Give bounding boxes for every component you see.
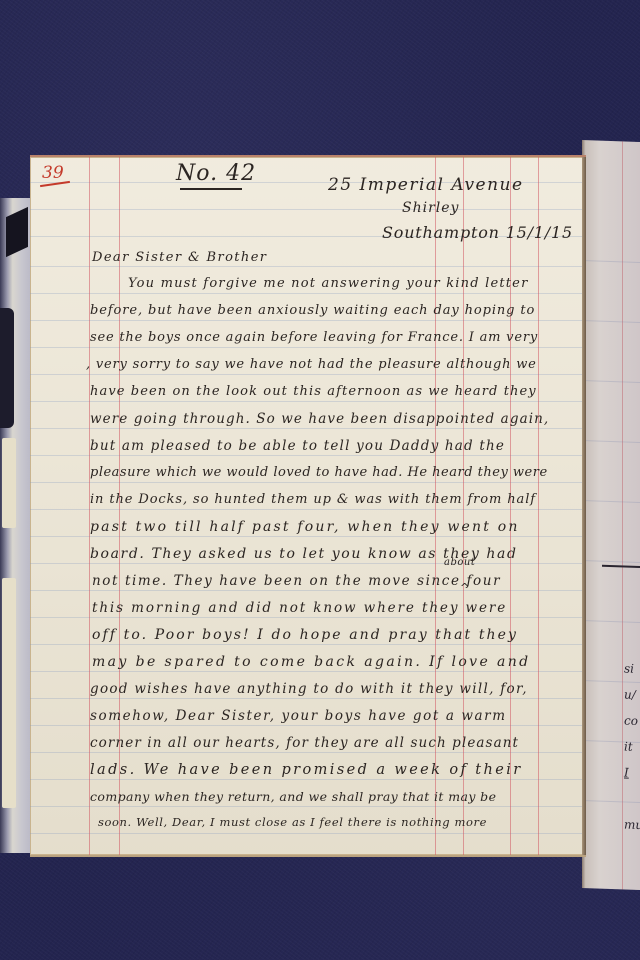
body-line: in the Docks, so hunted them up & was wi… [90,492,536,507]
ruled-line [30,698,586,699]
facing-page-rule-mark [602,565,640,568]
dark-tab [0,308,14,428]
body-line: lads. We have been promised a week of th… [90,762,523,778]
body-line: pleasure which we would loved to have ha… [90,465,548,480]
ruled-line [30,806,586,807]
facing-page-text: co [624,713,638,727]
ruled-line [30,347,586,348]
address-line-1: 25 Imperial Avenue [328,175,524,195]
body-line: , very sorry to say we have not had the … [86,357,537,372]
facing-page-hline [582,320,640,323]
ruled-line [30,752,586,753]
insertion-caret: ^ [460,581,469,594]
body-line: may be spared to come back again. If lov… [92,654,531,670]
facing-page-text: I [624,765,629,779]
body-line: before, but have been anxiously waiting … [90,303,535,318]
body-line: soon. Well, Dear, I must close as I feel… [98,815,487,829]
address-line-3-date: Southampton 15/1/15 [382,223,573,242]
ruled-line [30,401,586,402]
address-line-2: Shirley [402,200,459,216]
ruled-line [30,209,586,210]
ruled-line [30,779,586,780]
body-line: not time. They have been on the move sin… [92,573,501,589]
letter-number-underline [180,188,242,190]
facing-page-hline [582,800,640,803]
body-line: corner in all our hearts, for they are a… [90,735,519,751]
body-line: somehow, Dear Sister, your boys have got… [90,708,507,724]
ruled-line [30,374,586,375]
ruled-line [30,455,586,456]
ruled-line [30,590,586,591]
salutation: Dear Sister & Brother [92,250,267,265]
facing-page: si u/ co it I mu [582,140,640,890]
ruled-line [30,563,586,564]
column-rule [538,157,539,855]
cream-edge [2,578,16,808]
body-line: this morning and did not know where they… [92,600,507,616]
facing-page-text: si [624,661,634,675]
page-binding-edge [582,157,586,855]
facing-page-hline [582,440,640,443]
facing-page-hline [582,620,640,623]
ruled-line [30,482,586,483]
body-line: but am pleased to be able to tell you Da… [90,438,505,454]
cream-edge [2,438,16,528]
facing-page-hline [582,560,640,563]
ruled-line [30,725,586,726]
body-line: were going through. So we have been disa… [90,411,549,427]
facing-page-hline [582,380,640,383]
inserted-word: about [444,557,475,568]
ruled-line [30,617,586,618]
facing-page-text: u/ [624,687,636,701]
ruled-line [30,509,586,510]
facing-page-hline [582,260,640,263]
body-line: past two till half past four, when they … [90,519,520,535]
facing-page-text: mu [624,817,640,832]
ruled-line [30,293,586,294]
facing-page-text: it [624,739,633,753]
ruled-line [30,536,586,537]
ruled-line [30,833,586,834]
facing-page-rule [622,141,623,889]
facing-page-hline [582,680,640,683]
ruled-line [30,320,586,321]
body-line: good wishes have anything to do with it … [90,681,528,697]
body-line: You must forgive me not answering your k… [128,276,529,291]
ruled-line [30,428,586,429]
facing-page-hline [582,500,640,503]
body-line: see the boys once again before leaving f… [90,330,538,345]
body-line: off to. Poor boys! I do hope and pray th… [92,627,518,643]
body-line: company when they return, and we shall p… [90,789,496,804]
ruled-line [30,671,586,672]
body-line: have been on the look out this afternoon… [90,384,537,399]
page-number: 39 [42,163,64,183]
ruled-line [30,266,586,267]
letter-number: No. 42 [176,161,256,186]
letter-page: 39 No. 42 25 Imperial Avenue Shirley Sou… [30,155,586,855]
ruled-line [30,644,586,645]
